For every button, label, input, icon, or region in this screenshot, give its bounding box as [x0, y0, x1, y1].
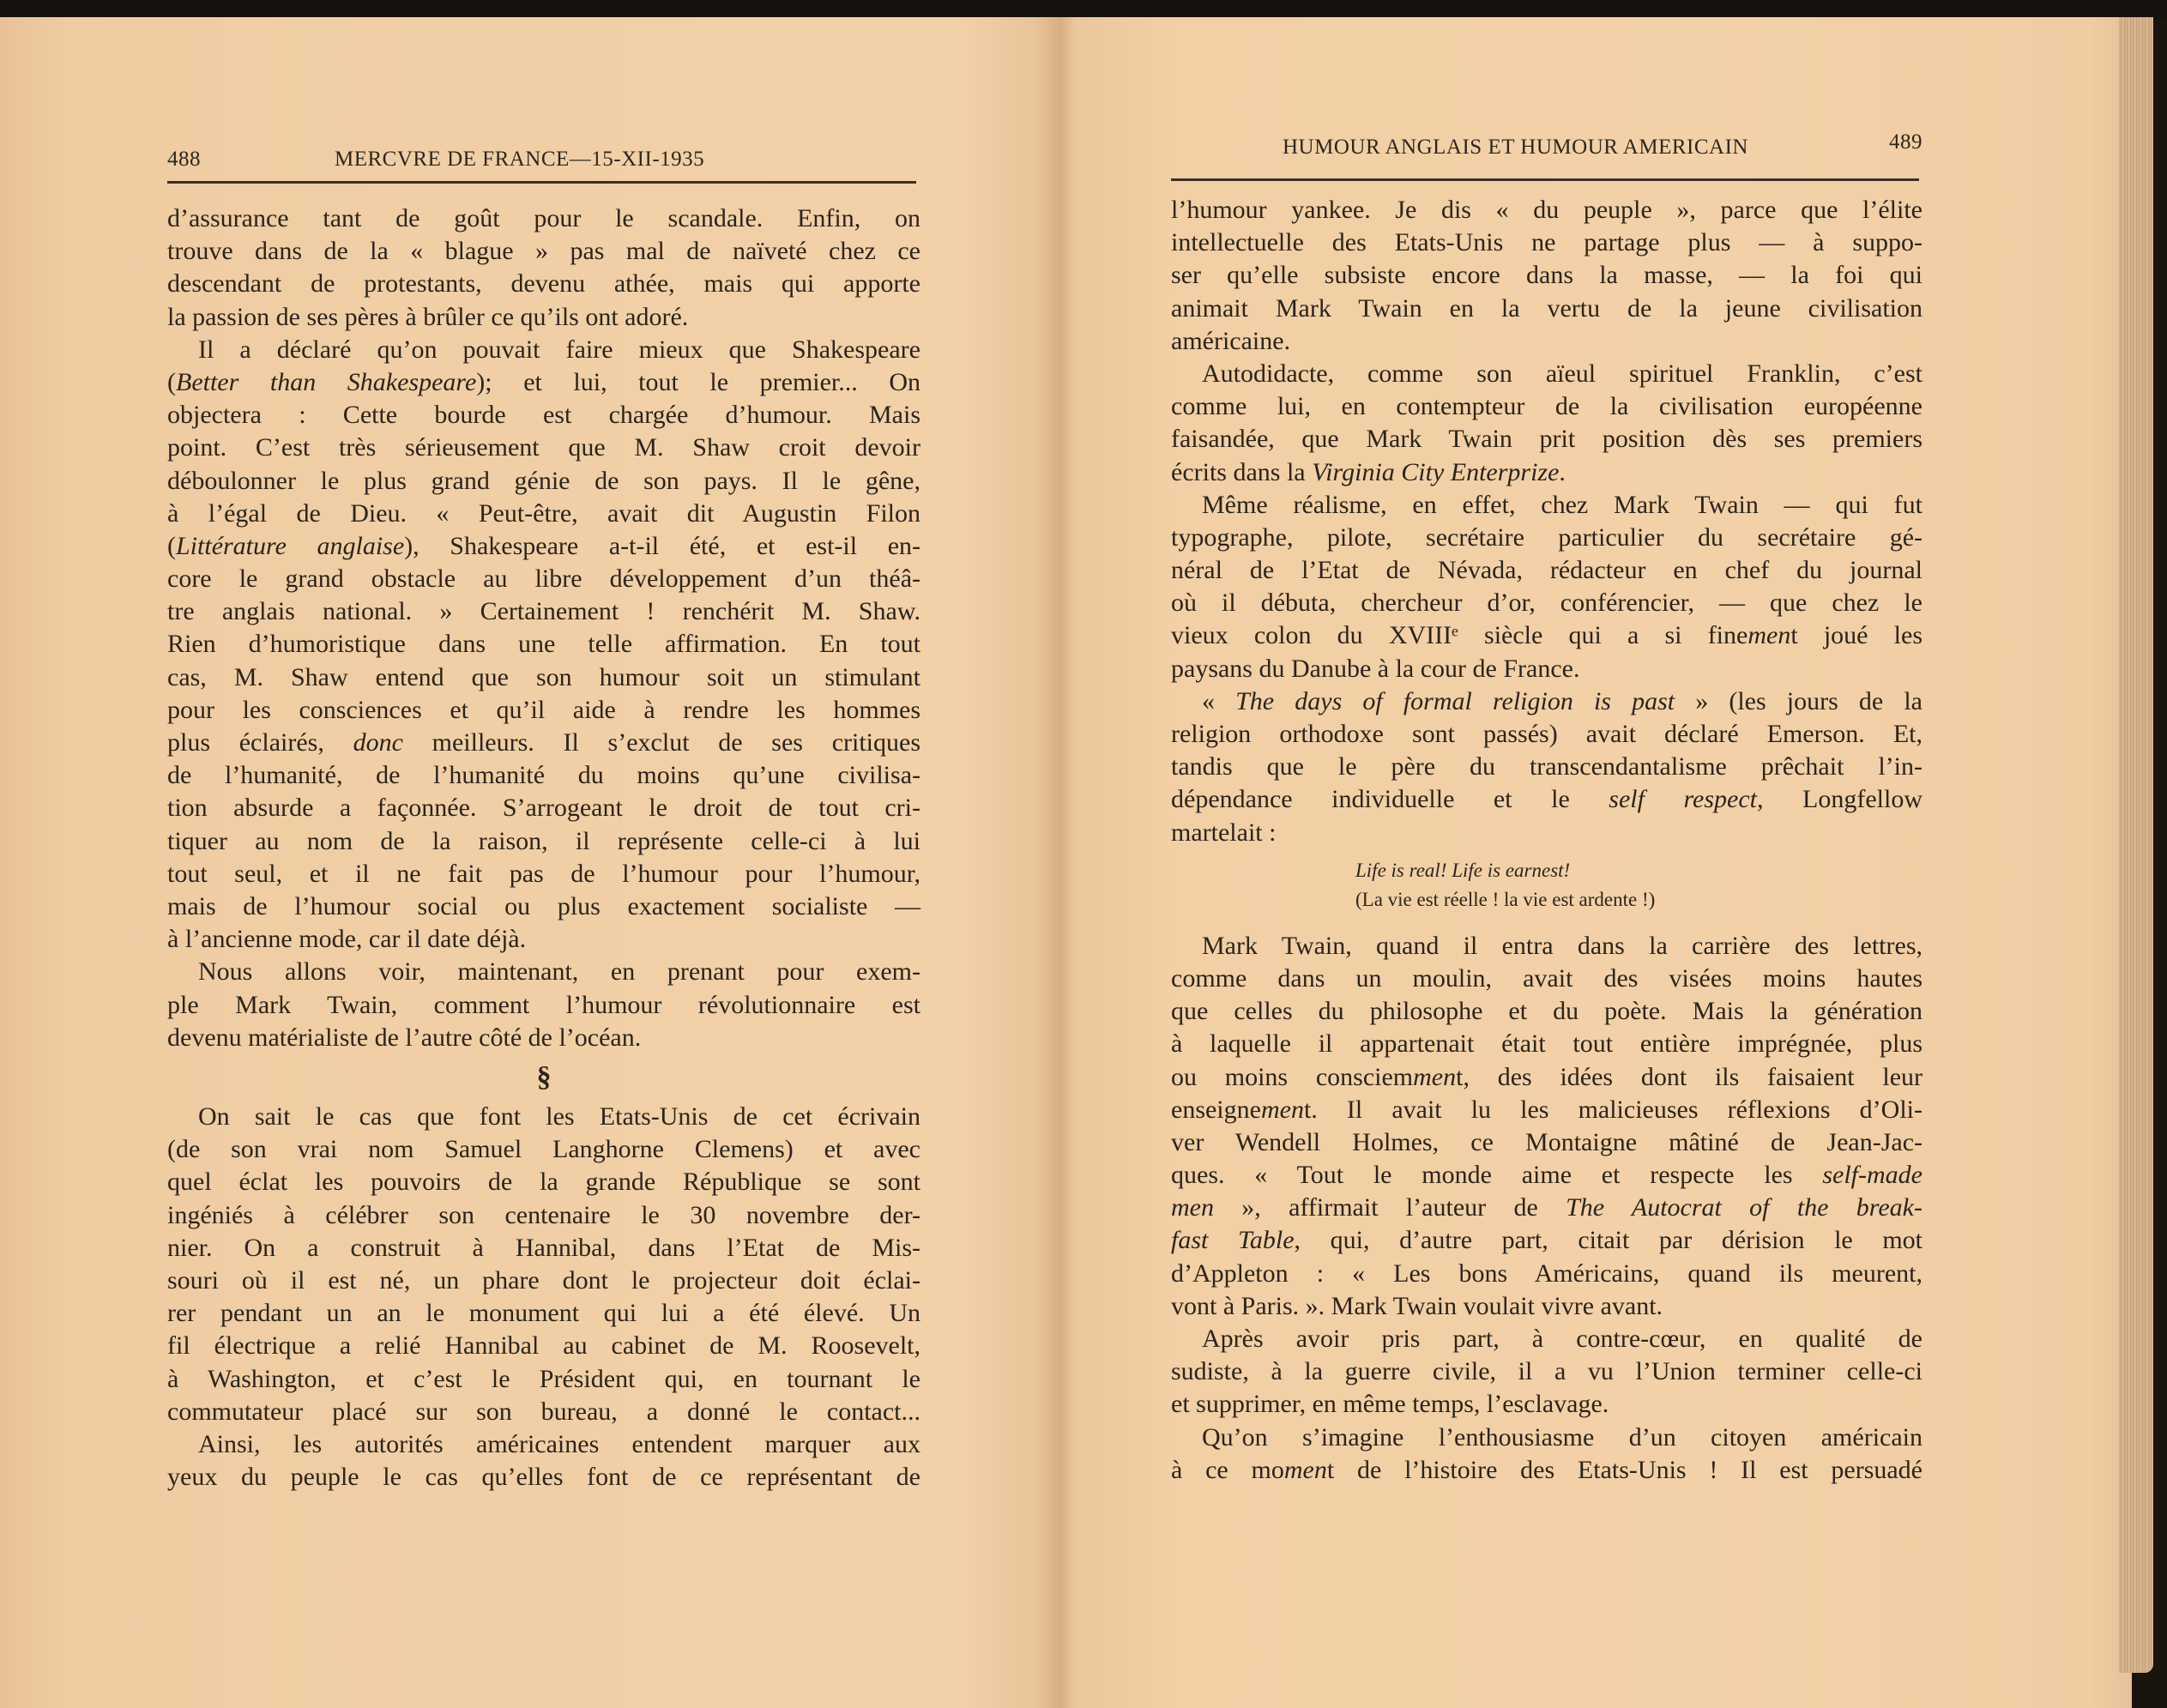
text-block: On sait le cas que font les Etats-Unis d… [167, 1101, 921, 1494]
text-line: vont à Paris. ». Mark Twain voulait vivr… [1171, 1290, 1923, 1323]
text-line: (de son vrai nom Samuel Langhorne Clemen… [167, 1133, 921, 1166]
text-line: objectera : Cette bourde est chargée d’h… [167, 399, 921, 432]
text-line: martelait : [1171, 817, 1923, 849]
text-line: tout seul, et il ne fait pas de l’humour… [167, 858, 921, 890]
text-line: Après avoir pris part, à contre-cœur, en… [1171, 1323, 1923, 1355]
text-line: à l’ancienne mode, car il date déjà. [167, 923, 921, 956]
text-line: de l’humanité, de l’humanité du moins qu… [167, 759, 921, 792]
text-line: ques. « Tout le monde aime et respecte l… [1171, 1159, 1923, 1192]
left-body-text: d’assurance tant de goût pour le scandal… [167, 202, 921, 1494]
text-line: comme lui, en contempteur de la civilisa… [1171, 390, 1923, 423]
section-mark: § [167, 1061, 921, 1094]
text-line: (Better than Shakespeare); et lui, tout … [167, 366, 921, 399]
header-rule [167, 181, 916, 184]
text-line: enseignement. Il avait lu les malicieuse… [1171, 1094, 1923, 1126]
text-line: à laquelle il appartenait était tout ent… [1171, 1028, 1923, 1060]
text-line: point. C’est très sérieusement que M. Sh… [167, 432, 921, 464]
page-number: 488 [167, 148, 201, 172]
text-line: ver Wendell Holmes, ce Montaigne mâtiné … [1171, 1126, 1923, 1159]
text-line: typographe, pilote, secrétaire particuli… [1171, 522, 1923, 554]
text-line: tandis que le père du transcendantalisme… [1171, 751, 1923, 783]
text-line: souri où il est né, un phare dont le pro… [167, 1264, 921, 1297]
text-line: devenu matérialiste de l’autre côté de l… [167, 1022, 921, 1054]
text-line: faisandée, que Mark Twain prit position … [1171, 423, 1923, 456]
text-line: Nous allons voir, maintenant, en prenant… [167, 956, 921, 988]
text-line: que celles du philosophe et du poète. Ma… [1171, 995, 1923, 1028]
text-line: trouve dans de la « blague » pas mal de … [167, 235, 921, 268]
text-line: Ainsi, les autorités américaines entende… [167, 1428, 921, 1461]
text-line: intellectuelle des Etats-Unis ne partage… [1171, 226, 1923, 259]
text-line: yeux du peuple le cas qu’elles font de c… [167, 1461, 921, 1494]
text-line: quel éclat les pouvoirs de la grande Rép… [167, 1166, 921, 1198]
text-line: descendant de protestants, devenu athée,… [167, 268, 921, 300]
text-line: fil électrique a relié Hannibal au cabin… [167, 1330, 921, 1362]
text-line: néral de l’Etat de Névada, rédacteur en … [1171, 554, 1923, 587]
text-line: l’humour yankee. Je dis « du peuple », p… [1171, 194, 1923, 226]
text-line: core le grand obstacle au libre développ… [167, 563, 921, 595]
running-head-title: HUMOUR ANGLAIS ET HUMOUR AMERICAIN [1283, 136, 1748, 160]
text-line: ser qu’elle subsiste encore dans la mass… [1171, 259, 1923, 292]
text-line: tion absurde a façonnée. S’arrogeant le … [167, 792, 921, 824]
text-line: Qu’on s’imagine l’enthousiasme d’un cito… [1171, 1421, 1923, 1454]
text-line: déboulonner le plus grand génie de son p… [167, 465, 921, 498]
right-running-head: HUMOUR ANGLAIS ET HUMOUR AMERICAIN 489 [1171, 130, 1923, 165]
text-line: pour les consciences et qu’il aide à ren… [167, 694, 921, 727]
text-line: Même réalisme, en effet, chez Mark Twain… [1171, 489, 1923, 522]
text-line: plus éclairés, donc meilleurs. Il s’excl… [167, 727, 921, 759]
text-line: commutateur placé sur son bureau, a donn… [167, 1396, 921, 1428]
text-line: On sait le cas que font les Etats-Unis d… [167, 1101, 921, 1133]
text-line: fast Table, qui, d’autre part, citait pa… [1171, 1224, 1923, 1257]
text-line: la passion de ses pères à brûler ce qu’i… [167, 301, 921, 334]
text-line: vieux colon du XVIIIᵉ siècle qui a si fi… [1171, 619, 1923, 652]
text-line: américaine. [1171, 325, 1923, 358]
text-line: où il débuta, chercheur d’or, conférenci… [1171, 587, 1923, 619]
text-line: écrits dans la Virginia City Enterprize. [1171, 456, 1923, 489]
text-line: d’Appleton : « Les bons Américains, quan… [1171, 1258, 1923, 1290]
text-line: « The days of formal religion is past » … [1171, 685, 1923, 718]
text-line: mais de l’humour social ou plus exacteme… [167, 890, 921, 923]
text-line: Mark Twain, quand il entra dans la carri… [1171, 930, 1923, 963]
text-line: Il a déclaré qu’on pouvait faire mieux q… [167, 334, 921, 366]
text-line: à Washington, et c’est le Président qui,… [167, 1363, 921, 1396]
right-body-text: l’humour yankee. Je dis « du peuple », p… [1171, 194, 1923, 1487]
text-line: à ce moment de l’histoire des Etats-Unis… [1171, 1454, 1923, 1487]
text-line: ple Mark Twain, comment l’humour révolut… [167, 989, 921, 1022]
text-line: Rien d’humoristique dans une telle affir… [167, 628, 921, 661]
page-edges [2119, 17, 2153, 1673]
text-line: ou moins consciemment, des idées dont il… [1171, 1061, 1923, 1094]
text-line: Autodidacte, comme son aïeul spirituel F… [1171, 358, 1923, 390]
verse-quote: Life is real! Life is earnest! [1171, 856, 1923, 885]
text-line: à l’égal de Dieu. « Peut-être, avait dit… [167, 498, 921, 530]
text-block: l’humour yankee. Je dis « du peuple », p… [1171, 194, 1923, 849]
text-line: et supprimer, en même temps, l’esclavage… [1171, 1388, 1923, 1421]
verse-translation: (La vie est réelle ! la vie est ardente … [1171, 885, 1923, 914]
text-line: men », affirmait l’auteur de The Autocra… [1171, 1192, 1923, 1224]
text-line: comme dans un moulin, avait des visées m… [1171, 963, 1923, 995]
text-line: tre anglais national. » Certainement ! r… [167, 595, 921, 628]
text-block: Mark Twain, quand il entra dans la carri… [1171, 930, 1923, 1487]
text-line: cas, M. Shaw entend que son humour soit … [167, 661, 921, 694]
left-running-head: 488 MERCVRE DE FRANCE—15-XII-1935 [167, 148, 921, 182]
text-line: religion orthodoxe sont passés) avait dé… [1171, 718, 1923, 751]
text-block: d’assurance tant de goût pour le scandal… [167, 202, 921, 1054]
text-line: tiquer au nom de la raison, il représent… [167, 825, 921, 858]
text-line: paysans du Danube à la cour de France. [1171, 653, 1923, 685]
text-line: (Littérature anglaise), Shakespeare a-t-… [167, 530, 921, 563]
text-line: d’assurance tant de goût pour le scandal… [167, 202, 921, 235]
running-head-title: MERCVRE DE FRANCE—15-XII-1935 [335, 148, 704, 172]
text-line: dépendance individuelle et le self respe… [1171, 783, 1923, 816]
text-line: ingéniés à célébrer son centenaire le 30… [167, 1199, 921, 1232]
text-line: animait Mark Twain en la vertu de la jeu… [1171, 293, 1923, 325]
text-line: rer pendant un an le monument qui lui a … [167, 1297, 921, 1330]
page-number: 489 [1889, 130, 1923, 154]
text-line: nier. On a construit à Hannibal, dans l’… [167, 1232, 921, 1264]
header-rule [1171, 178, 1919, 181]
text-line: sudiste, à la guerre civile, il a vu l’U… [1171, 1355, 1923, 1388]
book-gutter [1048, 17, 1074, 1708]
